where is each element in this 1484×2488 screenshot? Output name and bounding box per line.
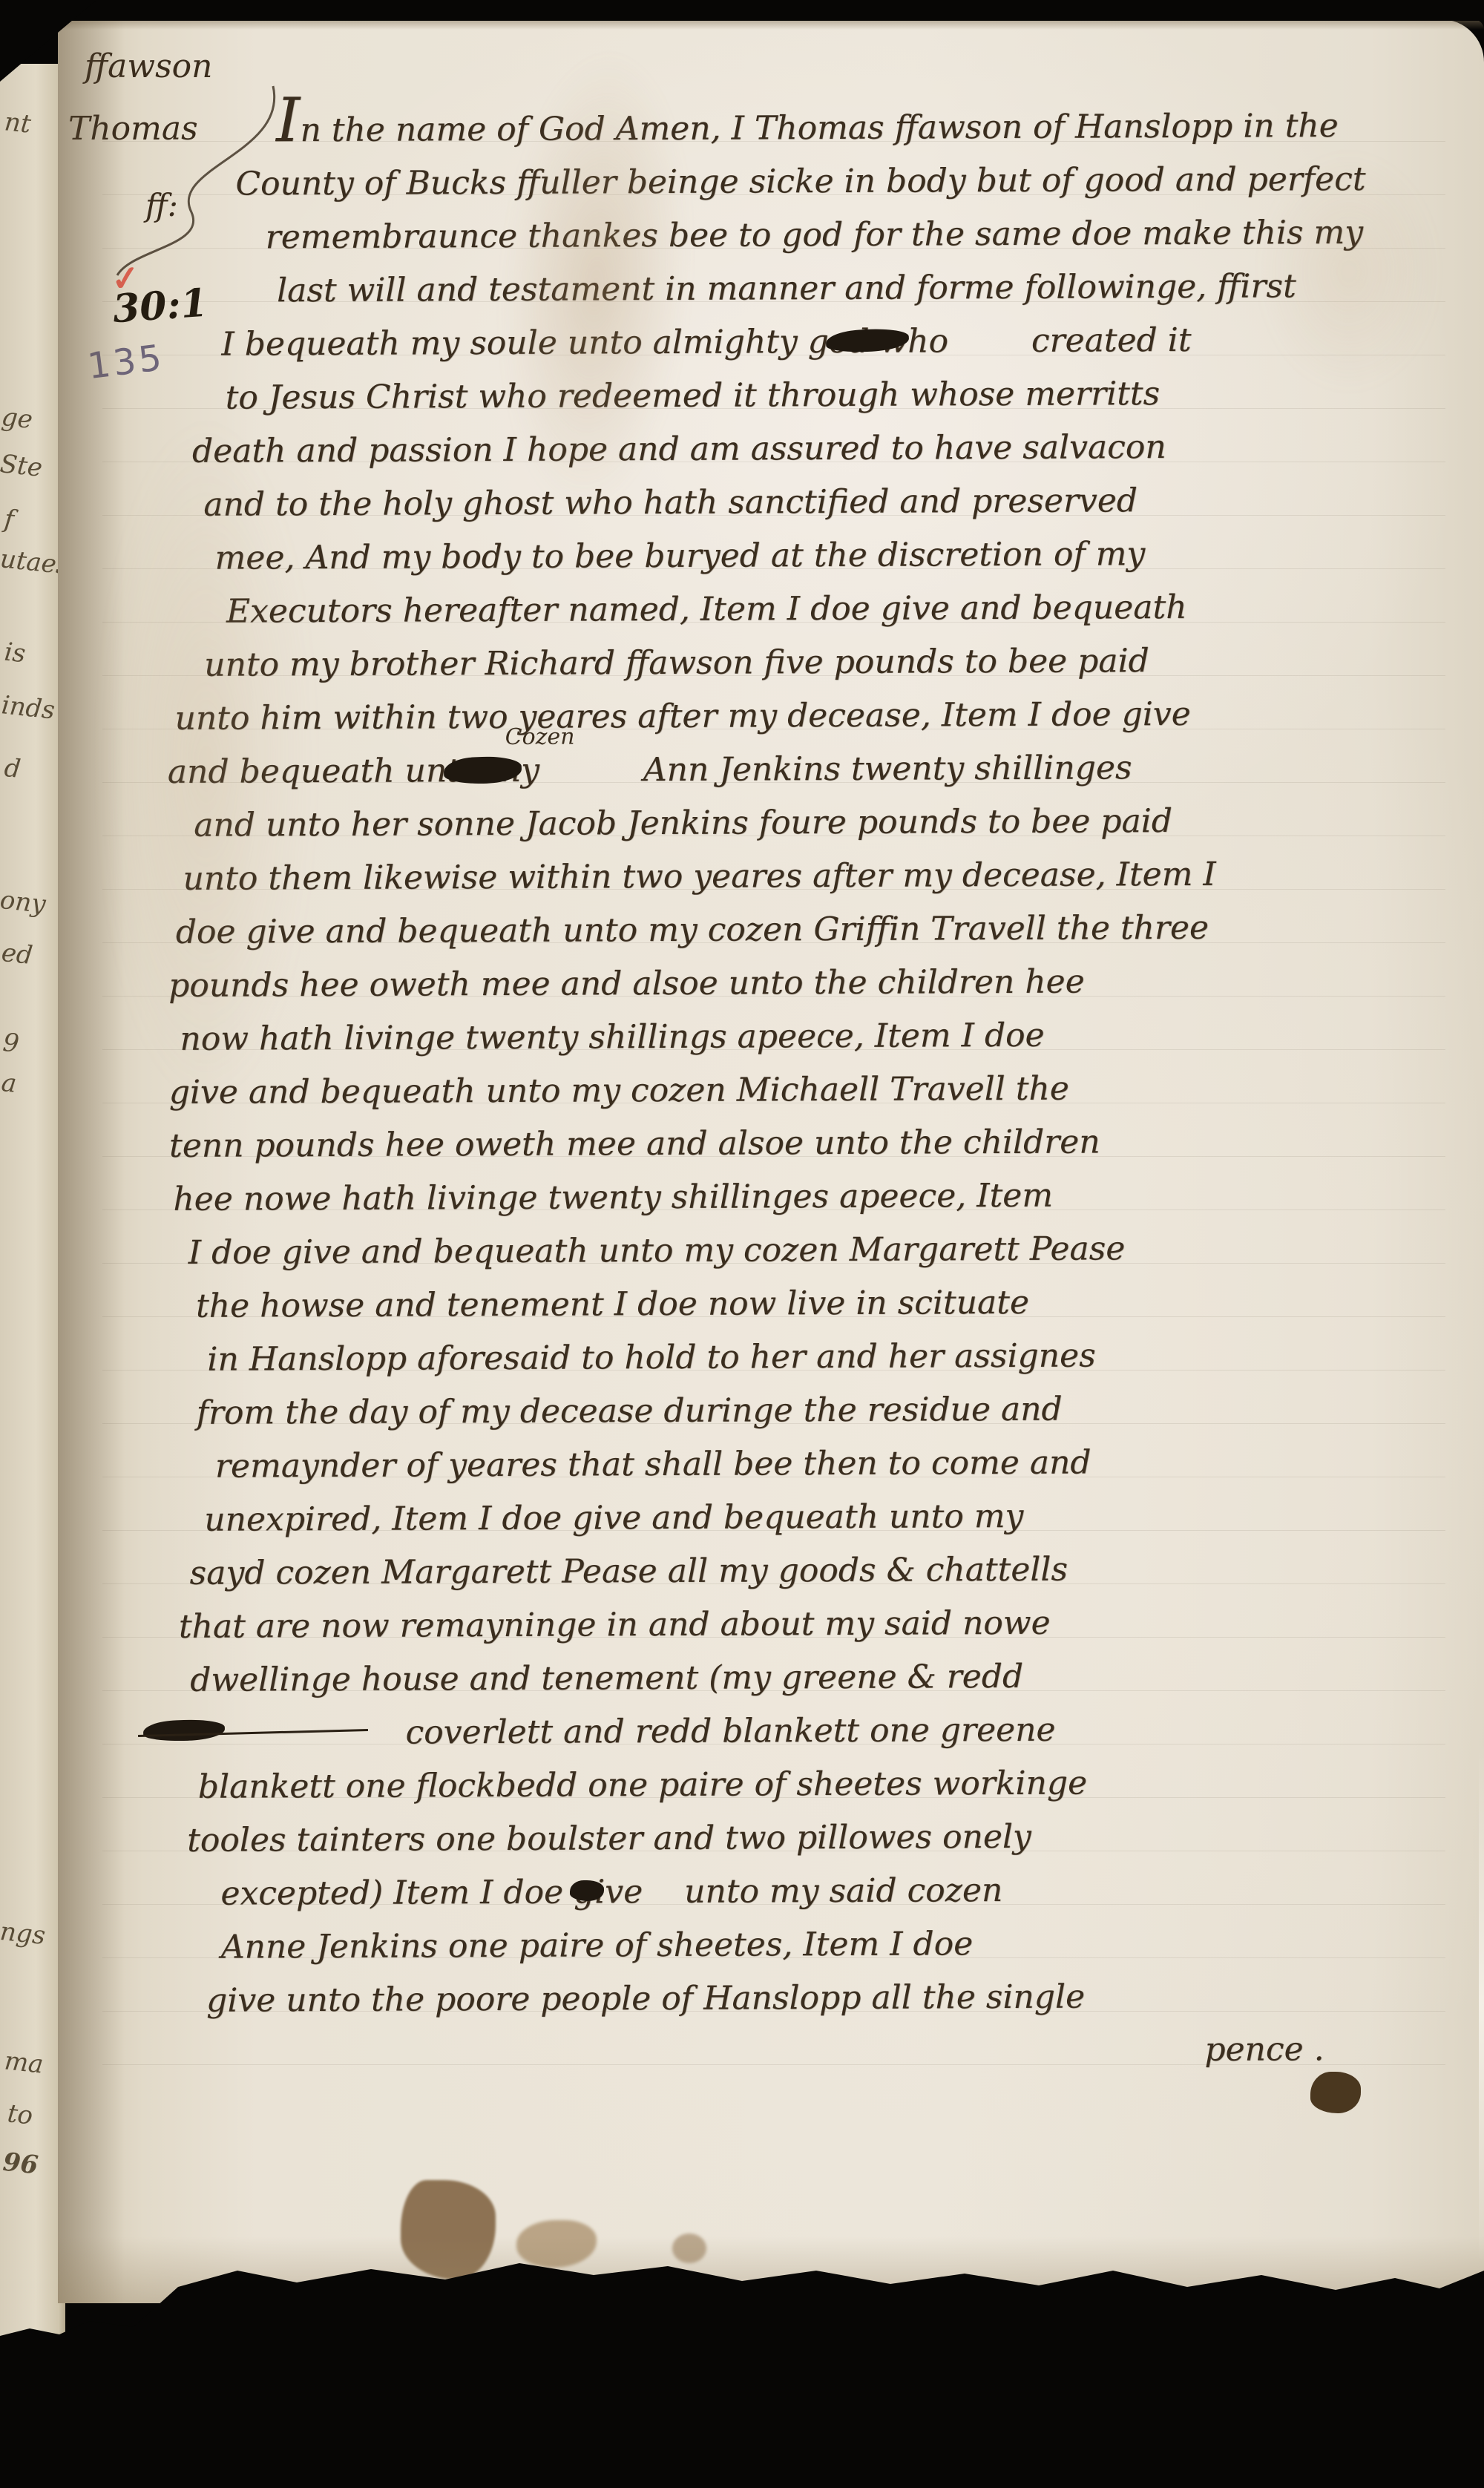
facing-page-text-fragment: ony <box>0 885 47 919</box>
facing-page-text-fragment: ge <box>0 402 34 435</box>
manuscript-line: unto my brother Richard ffawson five pou… <box>167 635 1484 695</box>
manuscript-line: pounds hee oweth mee and alsoe unto the … <box>168 956 1484 1015</box>
manuscript-catchword-line: pence . <box>173 2020 1484 2084</box>
facing-page-text-fragment: f <box>3 504 16 534</box>
manuscript-line: that are now remayninge in and about my … <box>171 1597 1484 1656</box>
facing-page-text-fragment: 96 <box>1 2147 39 2181</box>
manuscript-line: coverlett and redd blankett one greene <box>171 1703 1484 1763</box>
manuscript-line: give unto the poore people of Hanslopp a… <box>173 1971 1484 2030</box>
manuscript-page: ffawson Thomas ff: ✓ 30:1 135 In the nam… <box>58 19 1484 2303</box>
manuscript-line: and unto her sonne Jacob Jenkins foure p… <box>168 795 1484 855</box>
ink-blot <box>1310 2072 1361 2113</box>
facing-page-text-fragment: ed <box>0 938 34 971</box>
will-text-block: In the name of God Amen, I Thomas ffawso… <box>164 16 1484 2248</box>
manuscript-line: and to the holy ghost who hath sanctifie… <box>166 475 1484 534</box>
manuscript-line: remaynder of yeares that shall bee then … <box>171 1437 1484 1496</box>
manuscript-line: the howse and tenement I doe now live in… <box>170 1276 1484 1336</box>
facing-page-text-fragment: is <box>3 637 27 669</box>
manuscript-line: mee, And my body to bee buryed at the di… <box>166 528 1484 588</box>
manuscript-line: in Hanslopp aforesaid to hold to her and… <box>170 1330 1484 1389</box>
manuscript-line: blankett one flockbedd one paire of shee… <box>172 1757 1484 1816</box>
facing-page-text-fragment: utaes <box>0 544 65 581</box>
manuscript-line: now hath livinge twenty shillings apeece… <box>168 1009 1484 1069</box>
manuscript-line: to Jesus Christ who redeemed it through … <box>166 368 1484 427</box>
manuscript-line: I doe give and bequeath unto my cozen Ma… <box>170 1223 1484 1282</box>
manuscript-line: remembraunce thankes bee to god for the … <box>165 207 1484 266</box>
facing-page-text-fragment: a <box>0 1068 18 1099</box>
interlined-word: Cozen <box>505 724 575 750</box>
ink-blot <box>570 1880 604 1901</box>
manuscript-line: unexpired, Item I doe give and bequeath … <box>171 1490 1484 1549</box>
dirt-stain <box>672 2233 706 2263</box>
facing-page-text-fragment: to <box>6 2098 34 2130</box>
manuscript-line: unto him within two yeares after my dece… <box>167 689 1484 748</box>
photo-border-top <box>0 0 1484 21</box>
manuscript-line: hee nowe hath livinge twenty shillinges … <box>169 1169 1484 1229</box>
facing-page-text-fragment: inds <box>0 690 56 725</box>
manuscript-line: doe give and bequeath unto my cozen Grif… <box>168 902 1484 962</box>
facing-page-text-fragment: d <box>3 753 22 784</box>
facing-page-text-fragment: 9 <box>1 1028 21 1059</box>
manuscript-line: unto them likewise within two yeares aft… <box>168 849 1484 908</box>
manuscript-line: tooles tainters one boulster and two pil… <box>172 1811 1484 1870</box>
manuscript-line: sayd cozen Margarett Pease all my goods … <box>171 1543 1484 1603</box>
facing-page-text-fragment: Ste <box>0 449 44 483</box>
facing-page-edge: nt ge Ste f utaes is inds d ony ed 9 a n… <box>0 64 65 2342</box>
manuscript-line: excepted) Item I doe give unto my said c… <box>172 1864 1484 1923</box>
manuscript-line: Anne Jenkins one paire of sheetes, Item … <box>173 1917 1484 1977</box>
manuscript-line: give and bequeath unto my cozen Michaell… <box>169 1063 1484 1122</box>
manuscript-line: tenn pounds hee oweth mee and alsoe unto… <box>169 1116 1484 1175</box>
manuscript-line: County of Bucks ffuller beinge sicke in … <box>165 154 1484 214</box>
facing-page-text-fragment: ngs <box>0 1917 47 1951</box>
manuscript-line: and bequeath unto my Ann Jenkins twenty … <box>168 742 1484 801</box>
manuscript-line: from the day of my decease duringe the r… <box>171 1383 1484 1442</box>
facing-page-text-fragment: nt <box>3 107 33 139</box>
manuscript-line: last will and testament in manner and fo… <box>165 260 1484 321</box>
manuscript-line: I bequeath my soule unto almighty god wh… <box>165 315 1484 374</box>
manuscript-photograph: nt ge Ste f utaes is inds d ony ed 9 a n… <box>0 0 1484 2488</box>
facing-page-text-fragment: ma <box>3 2046 45 2079</box>
manuscript-line: Executors hereafter named, Item I doe gi… <box>167 582 1484 641</box>
manuscript-line: In the name of God Amen, I Thomas ffawso… <box>165 100 1484 160</box>
page-fold-highlight <box>1479 1744 1484 2263</box>
manuscript-line: death and passion I hope and am assured … <box>166 421 1484 481</box>
manuscript-line: dwellinge house and tenement (my greene … <box>171 1650 1484 1710</box>
